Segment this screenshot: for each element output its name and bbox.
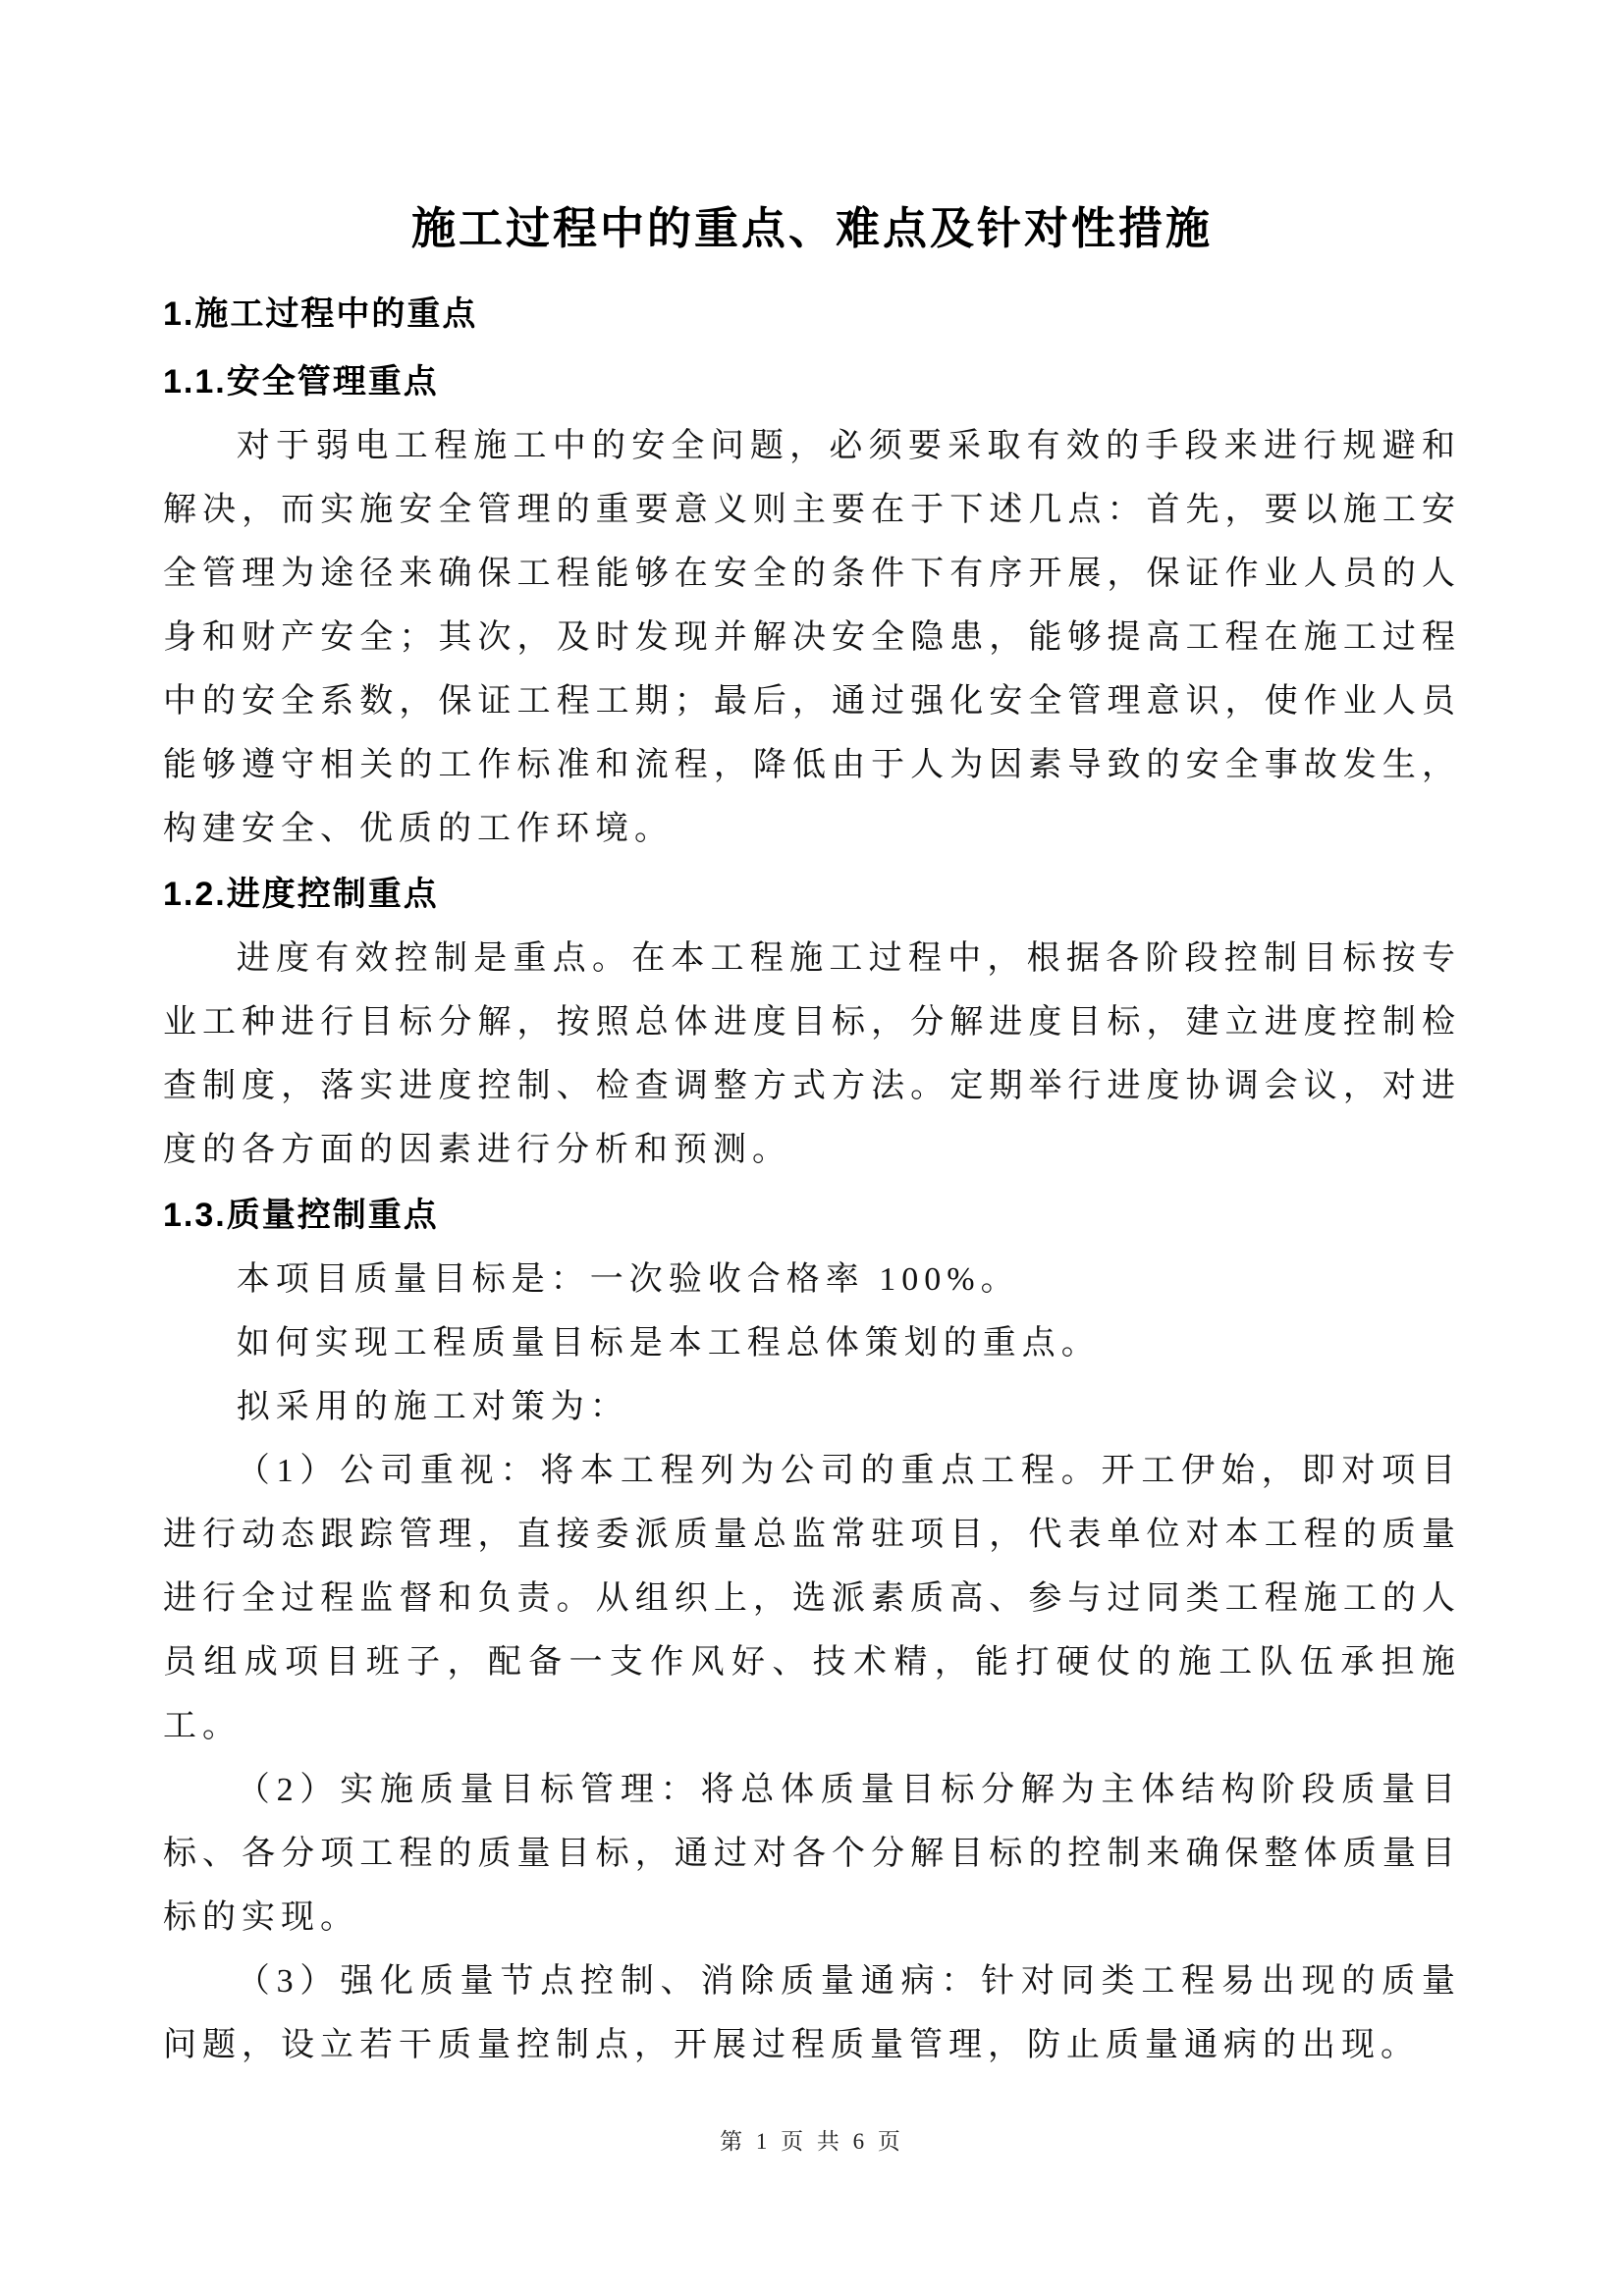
paragraph-1-3-how-to-achieve: 如何实现工程质量目标是本工程总体策划的重点。 [163, 1311, 1461, 1375]
paragraph-1-3-strategy-intro: 拟采用的施工对策为： [163, 1375, 1461, 1439]
page-footer: 第 1 页 共 6 页 [0, 2123, 1624, 2156]
heading-1-3: 1.3.质量控制重点 [163, 1192, 1461, 1239]
paragraph-1-1: 对于弱电工程施工中的安全问题，必须要采取有效的手段来进行规避和解决，而实施安全管… [163, 414, 1461, 861]
document-title: 施工过程中的重点、难点及针对性措施 [163, 201, 1461, 255]
paragraph-1-2: 进度有效控制是重点。在本工程施工过程中，根据各阶段控制目标按专业工种进行目标分解… [163, 927, 1461, 1182]
heading-1: 1.施工过程中的重点 [163, 291, 1461, 338]
heading-1-1: 1.1.安全管理重点 [163, 358, 1461, 405]
paragraph-1-3-item-1: （1）公司重视：将本工程列为公司的重点工程。开工伊始，即对项目进行动态跟踪管理，… [163, 1439, 1461, 1758]
paragraph-1-3-item-2: （2）实施质量目标管理：将总体质量目标分解为主体结构阶段质量目标、各分项工程的质… [163, 1758, 1461, 1949]
heading-1-2: 1.2.进度控制重点 [163, 871, 1461, 918]
paragraph-1-3-item-3: （3）强化质量节点控制、消除质量通病：针对同类工程易出现的质量问题，设立若干质量… [163, 1949, 1461, 2077]
document-content: 施工过程中的重点、难点及针对性措施 1.施工过程中的重点 1.1.安全管理重点 … [0, 201, 1624, 2077]
document-page: 施工过程中的重点、难点及针对性措施 1.施工过程中的重点 1.1.安全管理重点 … [0, 0, 1624, 2296]
paragraph-1-3-quality-target: 本项目质量目标是：一次验收合格率 100%。 [163, 1248, 1461, 1311]
